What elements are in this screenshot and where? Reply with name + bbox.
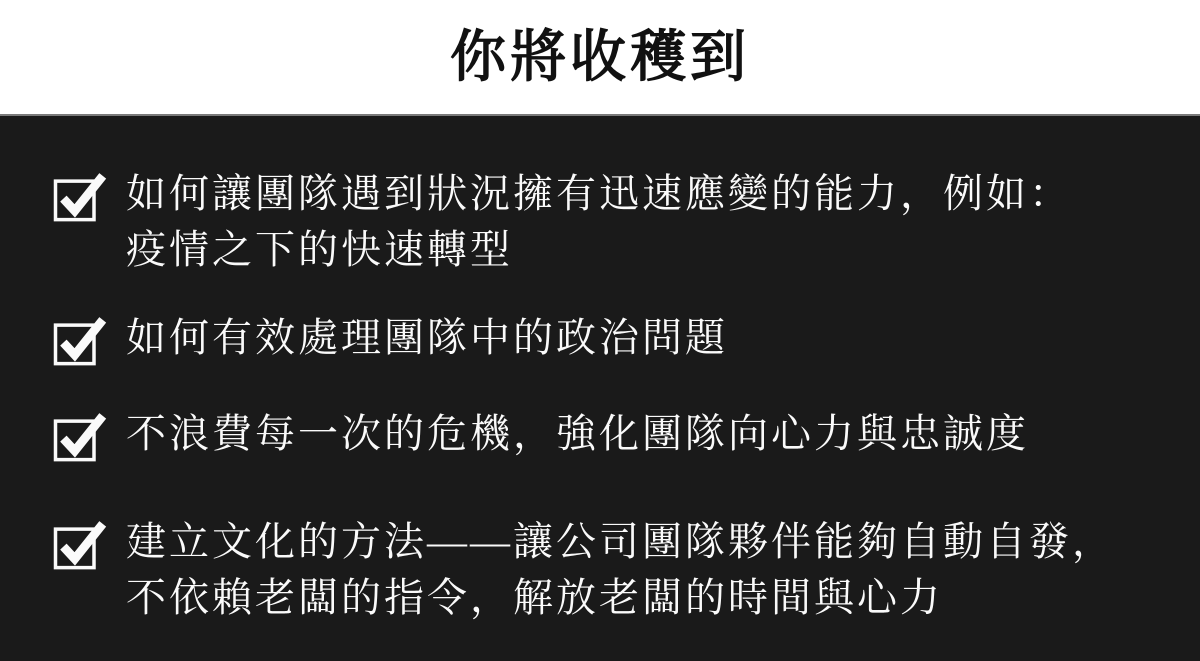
checked-checkbox-icon (52, 408, 108, 464)
list-item-text: 不浪費每一次的危機，強化團隊向心力與忠誠度 (126, 406, 1029, 462)
slide: 你將收穫到 如何讓團隊遇到狀況擁有迅速應變的能力，例如： 疫情之下的快速轉型 如… (0, 0, 1200, 661)
checked-checkbox-icon (52, 516, 108, 572)
list-item-text: 如何讓團隊遇到狀況擁有迅速應變的能力，例如： 疫情之下的快速轉型 (126, 166, 1072, 278)
checked-checkbox-icon (52, 312, 108, 368)
checklist-body: 如何讓團隊遇到狀況擁有迅速應變的能力，例如： 疫情之下的快速轉型 如何有效處理團… (0, 116, 1200, 626)
page-title: 你將收穫到 (450, 29, 750, 85)
list-item: 如何讓團隊遇到狀況擁有迅速應變的能力，例如： 疫情之下的快速轉型 (52, 166, 1160, 278)
checked-checkbox-icon (52, 168, 108, 224)
list-item-text: 建立文化的方法——讓公司團隊夥伴能夠自動自發， 不依賴老闆的指令，解放老闆的時間… (126, 514, 1115, 626)
header-band: 你將收穫到 (0, 0, 1200, 116)
list-item: 建立文化的方法——讓公司團隊夥伴能夠自動自發， 不依賴老闆的指令，解放老闆的時間… (52, 514, 1160, 626)
list-item-text: 如何有效處理團隊中的政治問題 (126, 310, 728, 366)
list-item: 不浪費每一次的危機，強化團隊向心力與忠誠度 (52, 406, 1160, 464)
list-item: 如何有效處理團隊中的政治問題 (52, 310, 1160, 368)
